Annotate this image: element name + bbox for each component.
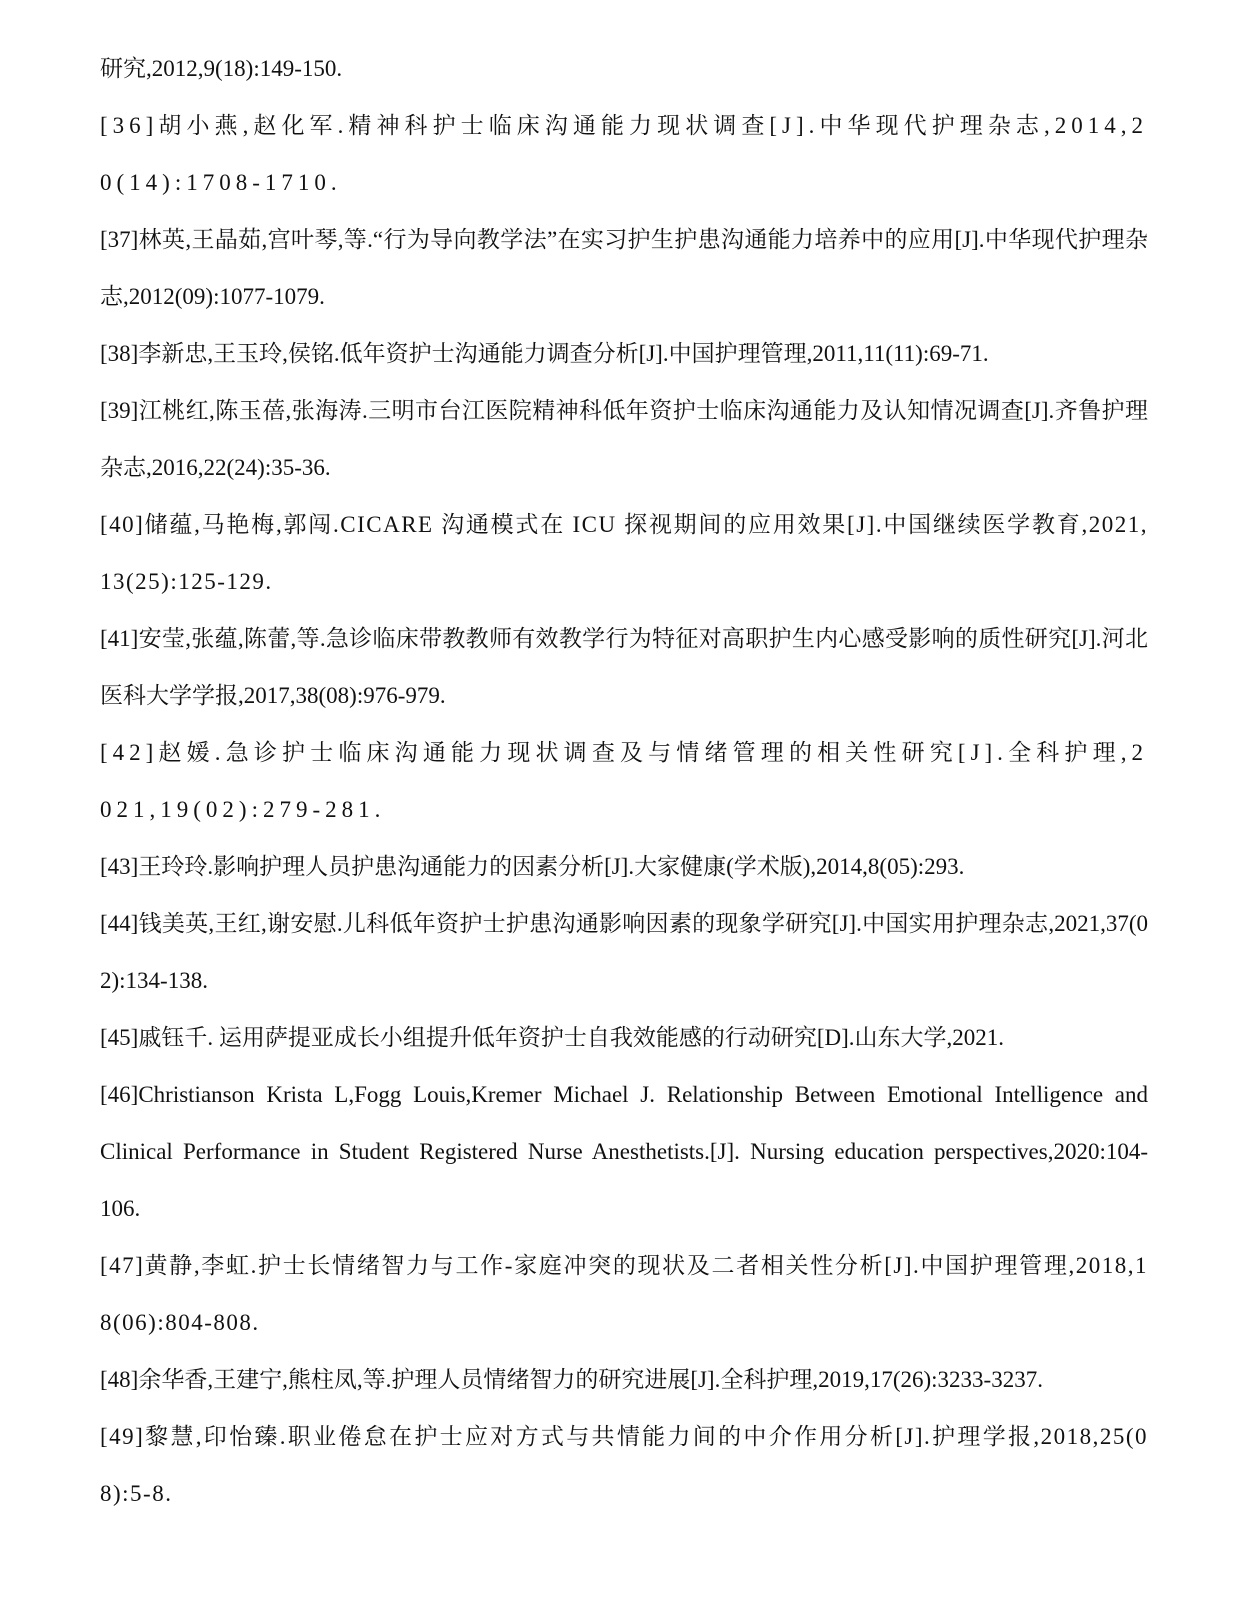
reference-41: [41]安莹,张蕴,陈蕾,等.急诊临床带教教师有效教学行为特征对高职护生内心感受… — [100, 610, 1148, 724]
reference-38: [38]李新忠,王玉玲,侯铭.低年资护士沟通能力调查分析[J].中国护理管理,2… — [100, 325, 1148, 382]
reference-list: 研究,2012,9(18):149-150. [36]胡小燕,赵化军.精神科护士… — [100, 40, 1148, 1522]
reference-continuation: 研究,2012,9(18):149-150. — [100, 40, 1148, 97]
reference-36: [36]胡小燕,赵化军.精神科护士临床沟通能力现状调查[J].中华现代护理杂志,… — [100, 97, 1148, 211]
reference-49: [49]黎慧,印怡臻.职业倦怠在护士应对方式与共情能力间的中介作用分析[J].护… — [100, 1408, 1148, 1522]
reference-45: [45]戚钰千. 运用萨提亚成长小组提升低年资护士自我效能感的行动研究[D].山… — [100, 1009, 1148, 1066]
reference-40: [40]储蕴,马艳梅,郭闯.CICARE 沟通模式在 ICU 探视期间的应用效果… — [100, 496, 1148, 610]
reference-48: [48]余华香,王建宁,熊柱凤,等.护理人员情绪智力的研究进展[J].全科护理,… — [100, 1351, 1148, 1408]
reference-43: [43]王玲玲.影响护理人员护患沟通能力的因素分析[J].大家健康(学术版),2… — [100, 838, 1148, 895]
reference-46: [46]Christianson Krista L,Fogg Louis,Kre… — [100, 1066, 1148, 1237]
reference-47: [47]黄静,李虹.护士长情绪智力与工作-家庭冲突的现状及二者相关性分析[J].… — [100, 1237, 1148, 1351]
reference-37: [37]林英,王晶茹,宫叶琴,等.“行为导向教学法”在实习护生护患沟通能力培养中… — [100, 211, 1148, 325]
reference-39: [39]江桃红,陈玉蓓,张海涛.三明市台江医院精神科低年资护士临床沟通能力及认知… — [100, 382, 1148, 496]
reference-42: [42]赵媛.急诊护士临床沟通能力现状调查及与情绪管理的相关性研究[J].全科护… — [100, 724, 1148, 838]
reference-44: [44]钱美英,王红,谢安慰.儿科低年资护士护患沟通影响因素的现象学研究[J].… — [100, 895, 1148, 1009]
